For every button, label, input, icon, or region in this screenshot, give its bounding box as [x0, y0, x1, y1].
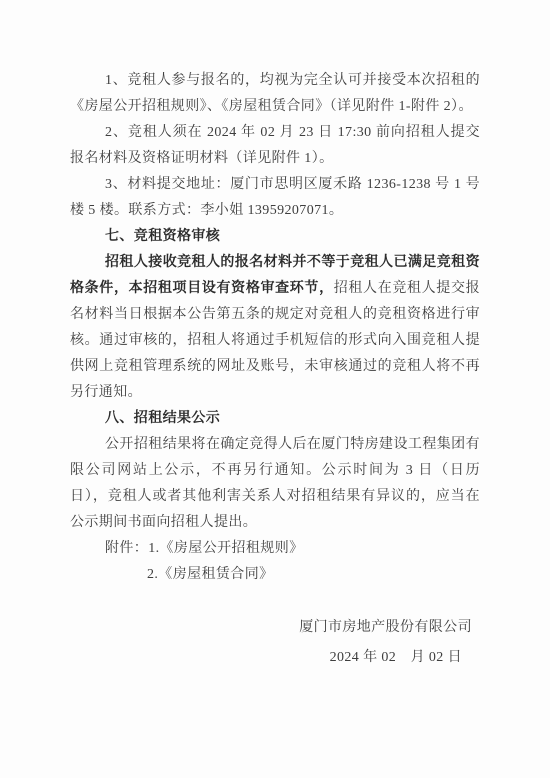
attachment-item-1: 1.《房屋公开招租规则》 — [148, 541, 303, 556]
qualification-regular-tail: 招租人在竞租人提交报名材料当日根据本公告第五条的规定对竞租人的竞租资格进行审核。… — [70, 281, 480, 400]
company-signature: 厦门市房地产股份有限公司 — [70, 615, 480, 641]
paragraph-qualification-review: 招租人接收竞租人的报名材料并不等于竞租人已满足竞租资格条件，本招租项目设有资格审… — [70, 250, 480, 406]
attachments-line-1: 附件：1.《房屋公开招租规则》 — [70, 536, 480, 562]
clause-1: 1、竞租人参与报名的，均视为完全认可并接受本次招租的《房屋公开招租规则》、《房屋… — [70, 68, 480, 120]
section-heading-qualification-review: 七、竞租资格审核 — [70, 224, 480, 250]
clause-3: 3、材料提交地址：厦门市思明区厦禾路 1236-1238 号 1 号楼 5 楼。… — [70, 172, 480, 224]
attachments-label: 附件： — [105, 541, 148, 556]
attachments-line-2: 2.《房屋租赁合同》 — [70, 562, 480, 588]
clause-2: 2、竞租人须在 2024 年 02 月 23 日 17:30 前向招租人提交报名… — [70, 120, 480, 172]
paragraph-result-publicity: 公开招租结果将在确定竞得人后在厦门特房建设工程集团有限公司网站上公示，不再另行通… — [70, 432, 480, 536]
signature-date: 2024 年 02 月 02 日 — [70, 645, 480, 671]
document-page: 1、竞租人参与报名的，均视为完全认可并接受本次招租的《房屋公开招租规则》、《房屋… — [0, 0, 550, 778]
section-heading-result-publicity: 八、招租结果公示 — [70, 406, 480, 432]
